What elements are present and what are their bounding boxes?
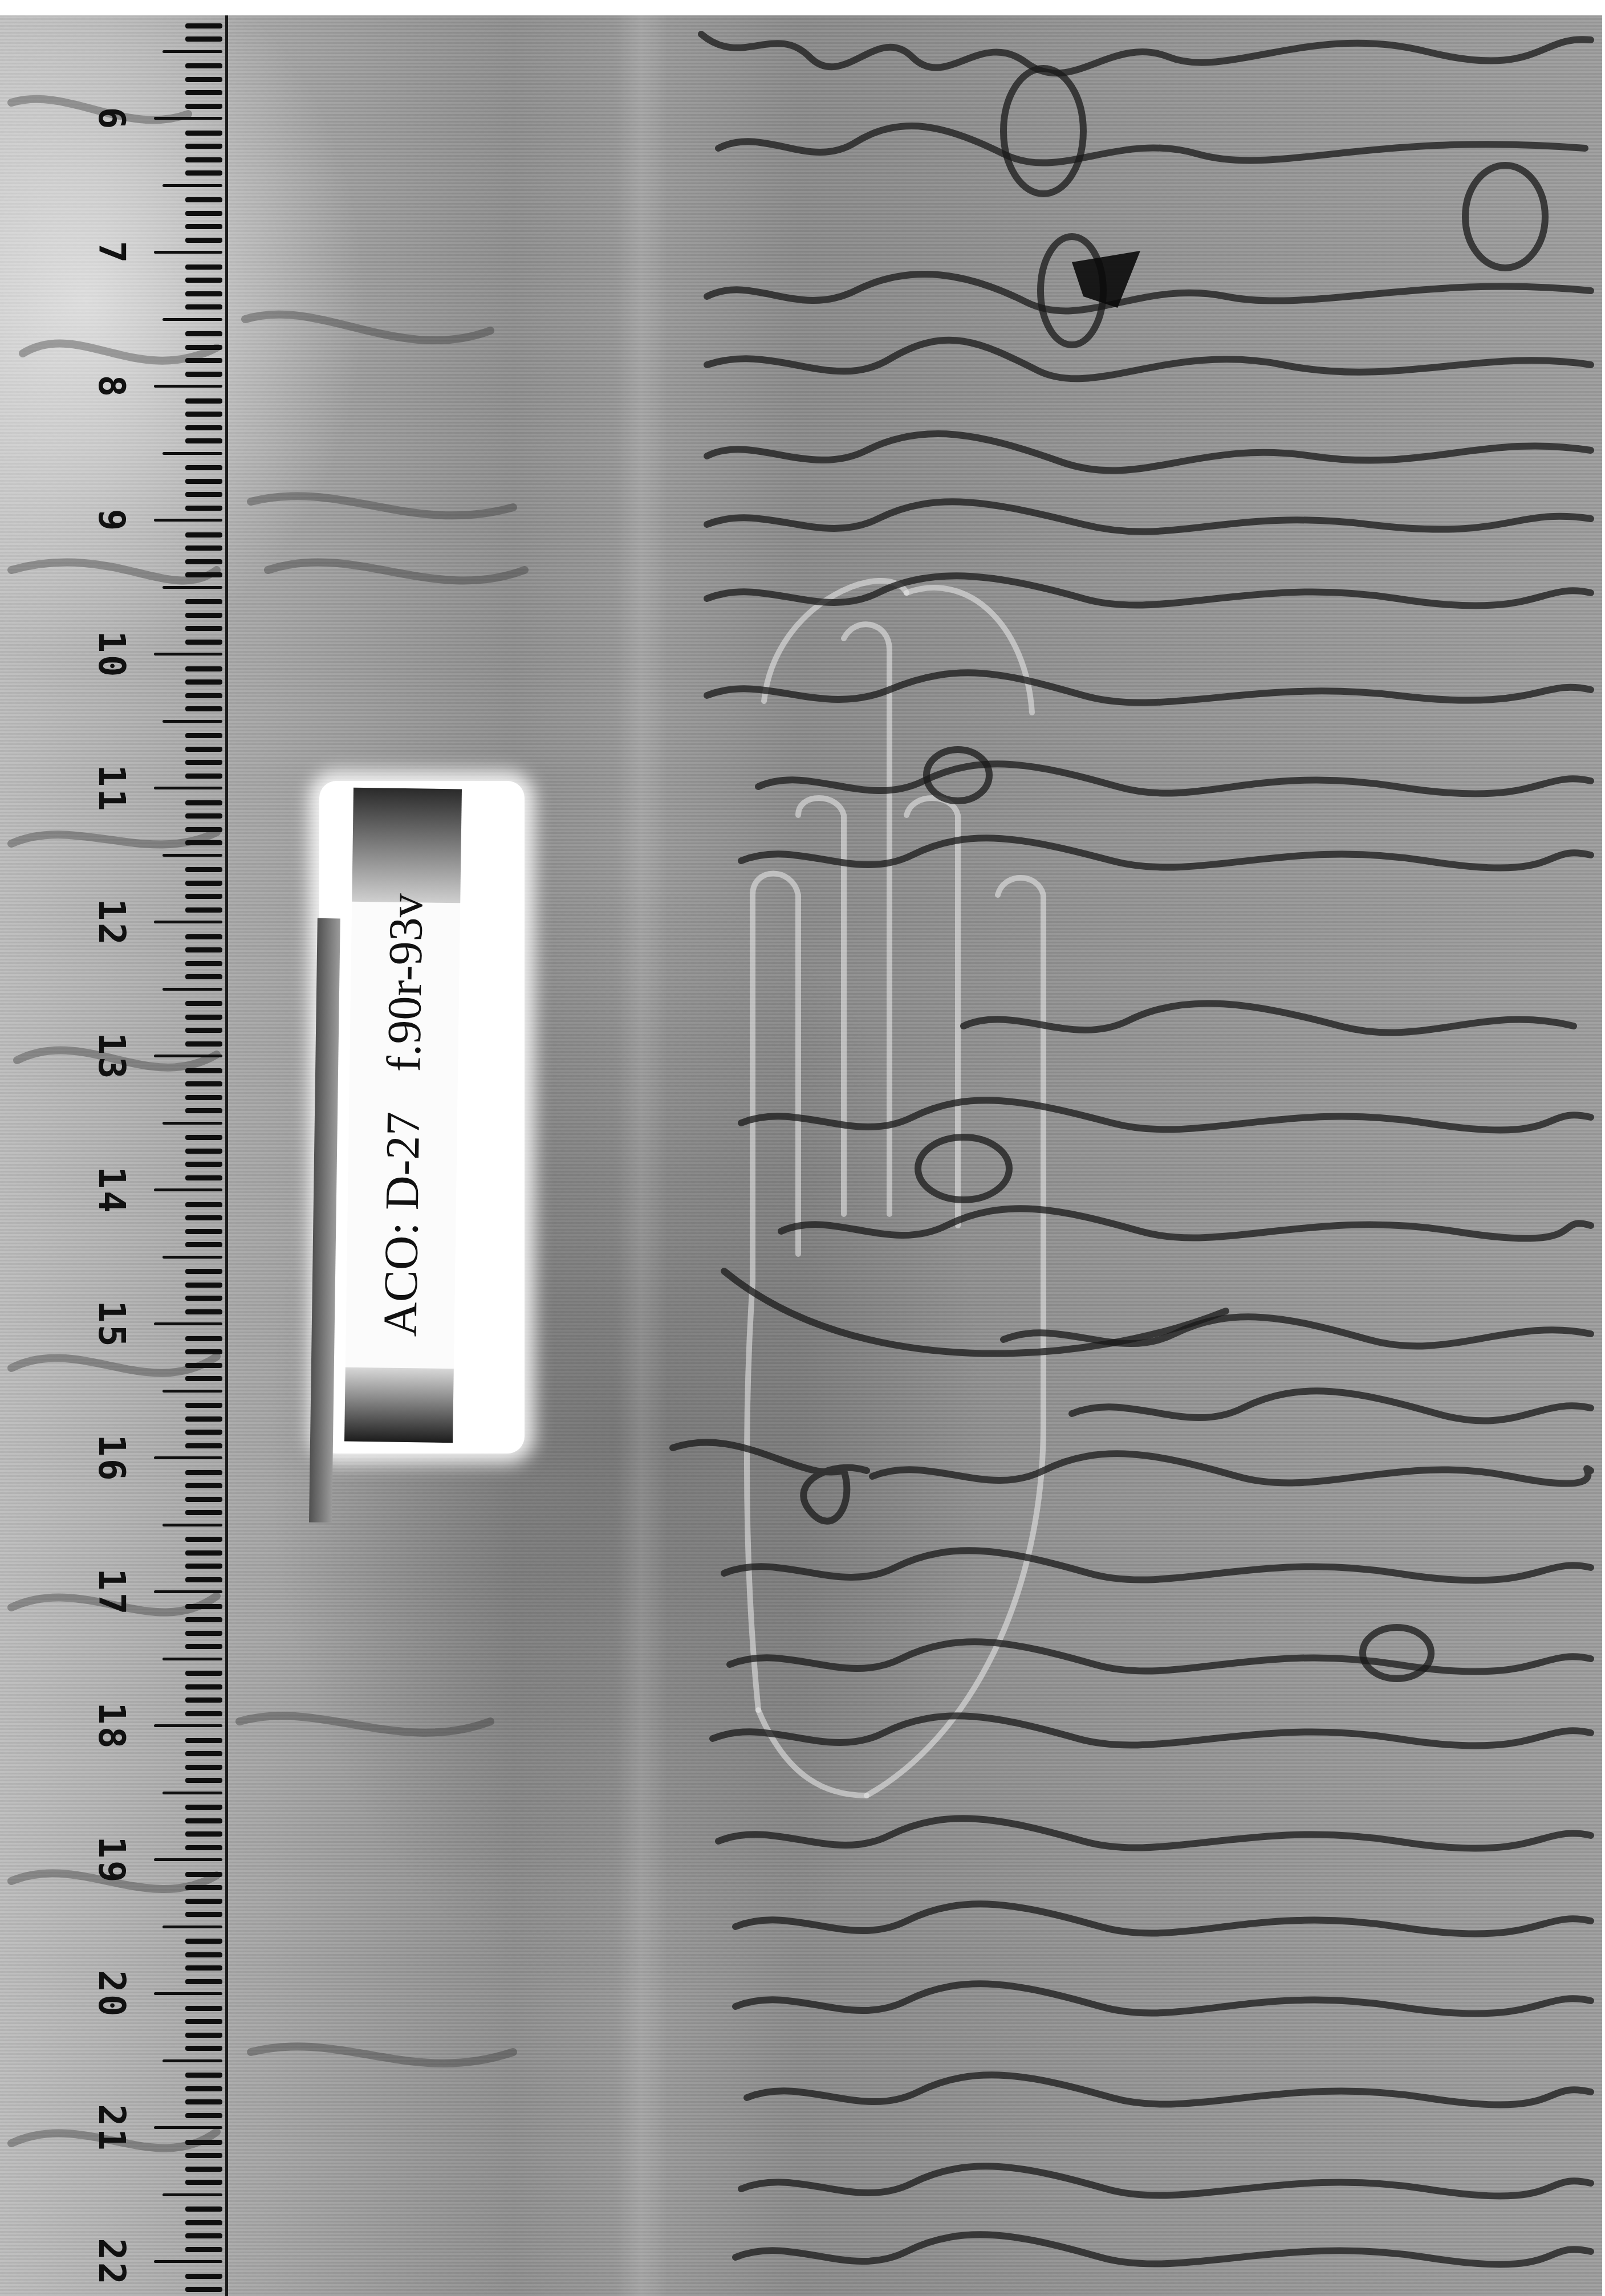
ruler-tick: [185, 2099, 222, 2104]
ruler-tick: [185, 492, 222, 497]
ruler-tick: [185, 1015, 222, 1020]
ruler-tick: [162, 1390, 222, 1393]
ruler-tick: [154, 1992, 222, 1995]
ruler-tick: [162, 1122, 222, 1125]
ruler-tick: [185, 412, 222, 417]
ruler-tick: [185, 2207, 222, 2212]
manuscript-handwriting: [0, 0, 1605, 2296]
ruler-tick: [185, 2046, 222, 2051]
ruler-tick: [185, 2233, 222, 2238]
ruler-cm-label: 13: [91, 1020, 131, 1094]
ruler-tick: [185, 1403, 222, 1408]
ruler-tick: [185, 813, 222, 819]
ruler-tick: [185, 626, 222, 631]
ruler-tick: [185, 2019, 222, 2024]
ruler-tick: [185, 2006, 222, 2011]
ruler-tick: [185, 1149, 222, 1154]
ruler-tick: [154, 2260, 222, 2263]
ruler-tick: [185, 157, 222, 162]
ruler-tick: [162, 2059, 222, 2062]
ruler-tick: [185, 532, 222, 538]
ruler-tick: [185, 907, 222, 913]
ruler-tick: [185, 572, 222, 577]
ruler-tick: [185, 2220, 222, 2225]
ruler-tick: [185, 1349, 222, 1354]
ruler-tick: [185, 961, 222, 966]
ruler-tick: [185, 1885, 222, 1890]
ruler-tick: [154, 1724, 222, 1727]
ruler-tick: [154, 519, 222, 522]
ruler-tick: [185, 559, 222, 564]
ruler-tick: [185, 613, 222, 618]
ruler-tick: [162, 854, 222, 857]
ruler-tick: [185, 1175, 222, 1180]
ruler-cm-label: 12: [91, 886, 131, 960]
ruler-tick: [185, 224, 222, 229]
ruler-tick: [185, 170, 222, 176]
ruler-tick: [185, 1644, 222, 1649]
ruler-tick: [185, 1550, 222, 1556]
ruler-tick: [185, 131, 222, 136]
ruler-tick: [185, 1497, 222, 1502]
ruler-tick: [154, 1858, 222, 1861]
ruler-tick: [185, 345, 222, 350]
ruler-tick: [185, 640, 222, 645]
ruler-tick: [185, 2274, 222, 2279]
ruler-tick: [185, 1242, 222, 1247]
ruler-tick: [185, 1068, 222, 1073]
ruler-tick: [185, 894, 222, 899]
ruler-tick: [185, 947, 222, 952]
ruler-tick: [185, 372, 222, 377]
ruler-tick: [185, 2167, 222, 2172]
ruler-tick: [154, 921, 222, 923]
ruler-tick: [185, 479, 222, 484]
ruler-tick: [162, 1524, 222, 1526]
ruler-tick: [185, 1965, 222, 1971]
ruler-tick: [185, 278, 222, 283]
ruler-tick: [185, 827, 222, 832]
ruler-cm-label: 11: [91, 752, 131, 826]
measurement-ruler: 678910111213141516171819202122: [0, 15, 228, 2296]
ruler-cm-label: 10: [91, 618, 131, 692]
ruler-tick: [162, 1658, 222, 1660]
ruler-tick: [185, 1537, 222, 1542]
ruler-tick: [185, 1363, 222, 1368]
ruler-tick: [185, 733, 222, 738]
ruler-tick: [185, 304, 222, 310]
ruler-tick: [185, 1697, 222, 1703]
ruler-tick: [185, 1564, 222, 1569]
ruler-tick: [185, 1443, 222, 1448]
ruler-tick: [154, 1322, 222, 1325]
ruler-tick: [185, 1577, 222, 1582]
ruler-tick: [162, 452, 222, 455]
ruler-tick: [154, 653, 222, 656]
archive-label-card: ACO: D-27 f.90r-93v: [344, 788, 462, 1443]
archive-label-text: ACO: D-27 f.90r-93v: [373, 829, 433, 1400]
ruler-tick: [185, 1095, 222, 1100]
ruler-tick: [185, 774, 222, 779]
ruler-tick: [162, 586, 222, 589]
ruler-tick: [185, 1831, 222, 1837]
ruler-tick: [185, 1041, 222, 1047]
collection-reference: ACO: D-27: [372, 1112, 430, 1337]
ruler-cm-label: 22: [91, 2225, 131, 2296]
ruler-tick: [185, 238, 222, 243]
ruler-tick: [185, 1778, 222, 1783]
ruler-tick: [185, 1430, 222, 1435]
ruler-tick: [185, 1939, 222, 1944]
ruler-tick: [185, 1215, 222, 1220]
ruler-tick: [185, 77, 222, 82]
ruler-tick: [162, 1925, 222, 1928]
ruler-tick: [185, 506, 222, 511]
ruler-tick: [154, 2126, 222, 2129]
ruler-tick: [162, 720, 222, 723]
ruler-tick: [185, 1952, 222, 1957]
ruler-tick: [154, 385, 222, 388]
ruler-tick: [185, 1684, 222, 1690]
ruler-tick: [185, 1899, 222, 1904]
ruler-tick: [185, 2086, 222, 2091]
ruler-tick: [185, 974, 222, 979]
ruler-tick: [185, 693, 222, 698]
ruler-tick: [185, 465, 222, 470]
ruler-tick: [185, 1631, 222, 1636]
ruler-cm-label: 21: [91, 2091, 131, 2165]
ruler-tick: [185, 264, 222, 270]
ruler-tick: [154, 251, 222, 254]
ruler-tick: [185, 1135, 222, 1140]
ruler-tick: [154, 117, 222, 120]
ruler-tick: [185, 1751, 222, 1756]
ruler-tick: [185, 438, 222, 443]
ruler-cm-label: 18: [91, 1690, 131, 1764]
ruler-tick: [185, 211, 222, 216]
ruler-tick: [162, 988, 222, 991]
ruler-cm-label: 6: [91, 82, 131, 156]
ruler-tick: [185, 679, 222, 685]
ruler-tick: [185, 881, 222, 886]
ruler-tick: [185, 1818, 222, 1823]
ruler-tick: [185, 2113, 222, 2118]
ruler-tick: [185, 1845, 222, 1850]
ruler-tick: [185, 1336, 222, 1341]
ruler-tick: [185, 2247, 222, 2252]
ruler-tick: [185, 144, 222, 149]
ruler-tick: [185, 2287, 222, 2292]
ruler-cm-label: 19: [91, 1823, 131, 1898]
ruler-tick: [185, 1162, 222, 1167]
folio-range: f.90r-93v: [376, 893, 434, 1073]
ruler-tick: [185, 2153, 222, 2158]
ruler-tick: [185, 425, 222, 430]
ruler-tick: [185, 1711, 222, 1716]
ruler-tick: [185, 666, 222, 671]
ruler-tick: [185, 760, 222, 765]
ruler-tick: [185, 1269, 222, 1274]
ruler-cm-label: 7: [91, 216, 131, 290]
ruler-tick: [162, 1256, 222, 1259]
ruler-tick: [185, 934, 222, 939]
ruler-cm-label: 14: [91, 1154, 131, 1228]
ruler-tick: [185, 2140, 222, 2145]
ruler-tick: [185, 36, 222, 42]
ruler-tick: [185, 1229, 222, 1234]
ruler-tick: [185, 1470, 222, 1475]
ruler-tick: [185, 1617, 222, 1622]
ruler-tick: [185, 1028, 222, 1033]
ruler-tick: [185, 1296, 222, 1301]
ruler-tick: [185, 1872, 222, 1877]
ruler-tick: [185, 1376, 222, 1381]
ruler-tick: [162, 50, 222, 53]
ruler-tick: [185, 1738, 222, 1743]
ruler-tick: [185, 1765, 222, 1770]
ruler-tick: [185, 706, 222, 711]
ruler-tick: [154, 787, 222, 789]
ruler-tick: [185, 2180, 222, 2185]
ruler-tick: [185, 545, 222, 551]
ruler-cm-label: 20: [91, 1957, 131, 2032]
ruler-tick: [185, 1805, 222, 1810]
ruler-tick: [185, 1604, 222, 1609]
ruler-tick: [185, 104, 222, 109]
ruler-tick: [185, 1483, 222, 1488]
ruler-tick: [185, 197, 222, 202]
ruler-tick: [185, 1416, 222, 1422]
ruler-tick: [154, 1456, 222, 1459]
ruler-tick: [154, 1590, 222, 1593]
ruler-tick: [162, 184, 222, 187]
ruler-tick: [185, 840, 222, 845]
ruler-tick: [185, 1001, 222, 1006]
ruler-tick: [154, 1188, 222, 1191]
ruler-tick: [185, 2073, 222, 2078]
ruler-tick: [185, 358, 222, 363]
ruler-tick: [162, 1792, 222, 1794]
ruler-tick: [185, 291, 222, 296]
ruler-tick: [185, 1671, 222, 1676]
ruler-tick: [185, 1108, 222, 1113]
ruler-edge: [225, 15, 228, 2296]
ruler-tick: [185, 867, 222, 872]
ruler-tick: [185, 1510, 222, 1515]
ruler-tick: [185, 1309, 222, 1314]
ruler-tick: [185, 90, 222, 95]
ruler-tick: [185, 1081, 222, 1086]
ruler-tick: [185, 599, 222, 604]
ruler-cm-label: 8: [91, 350, 131, 424]
ruler-tick: [185, 1979, 222, 1984]
ruler-tick: [185, 331, 222, 336]
ruler-tick: [162, 2193, 222, 2196]
ruler-tick: [185, 747, 222, 752]
ruler-tick: [185, 1912, 222, 1917]
ruler-tick: [185, 2033, 222, 2038]
ruler-tick: [185, 1202, 222, 1207]
ruler-tick: [185, 1283, 222, 1288]
ruler-cm-label: 9: [91, 484, 131, 558]
ruler-tick: [185, 398, 222, 404]
ruler-tick: [185, 23, 222, 29]
ruler-cm-label: 17: [91, 1556, 131, 1630]
ruler-cm-label: 15: [91, 1288, 131, 1362]
ruler-cm-label: 16: [91, 1422, 131, 1496]
ruler-tick: [154, 1055, 222, 1057]
ruler-tick: [162, 318, 222, 321]
ruler-tick: [185, 63, 222, 68]
ruler-tick: [185, 800, 222, 805]
